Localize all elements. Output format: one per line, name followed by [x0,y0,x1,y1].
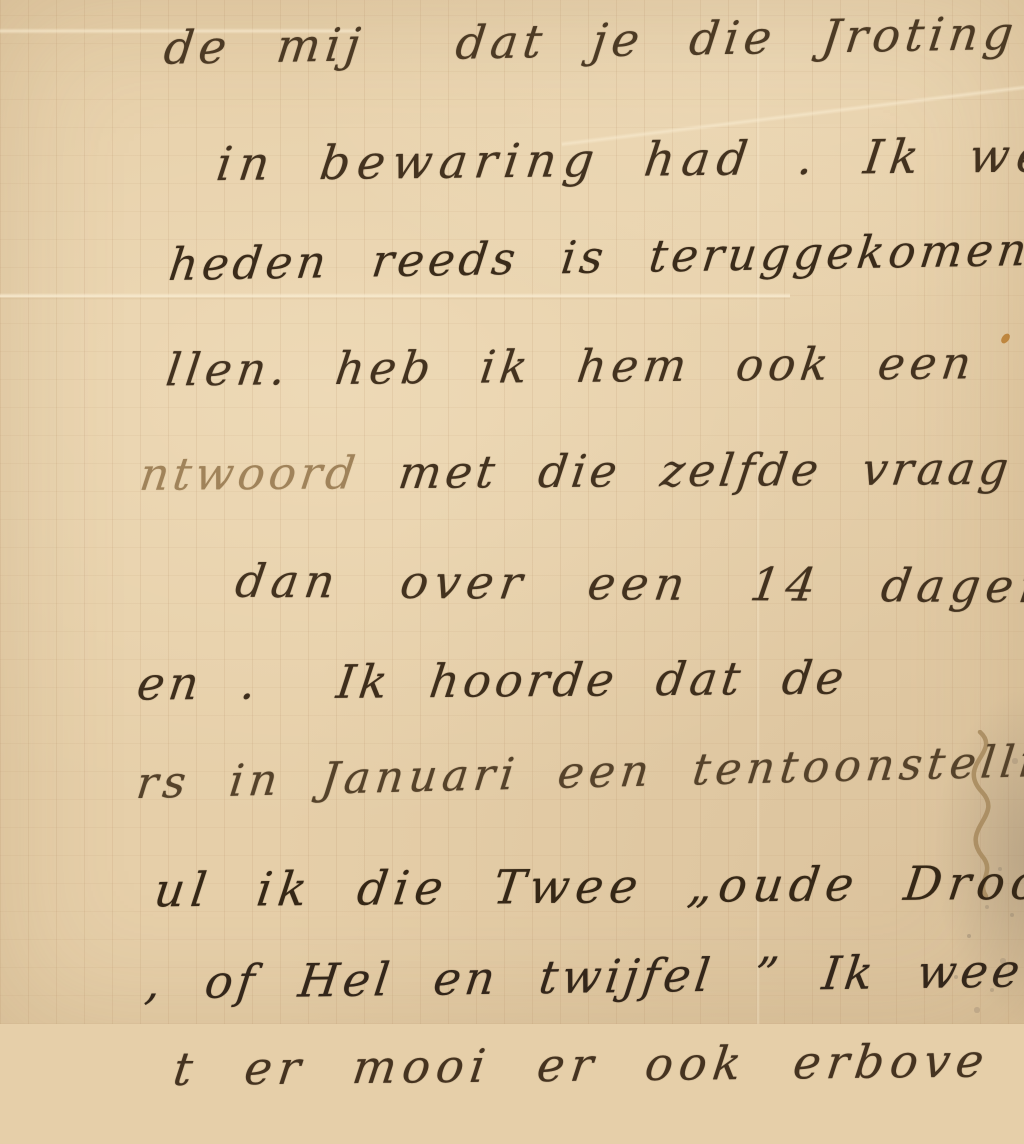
handwriting-text: rs in Januari een tentoonstelli [134,736,1024,809]
handwriting-text: de mij dat je die Jroting [161,6,1021,75]
handwriting-text: dan over een 14 dagen naar [232,554,1024,615]
letter-page: de mij dat je die Jroting in bewaring ha… [0,0,1024,1024]
handwriting-text: heden reeds is teruggekomen . [166,222,1024,291]
handwriting-text: met die zelfde vraag . [355,441,1024,499]
handwriting-text: in bewaring had . Ik weet [213,128,1024,192]
handwriting-text: en . Ik hoorde dat de [134,650,851,710]
handwriting-text: llen. heb ik hem ook een [163,336,979,396]
faded-ink-word: ntwoord [137,446,362,501]
